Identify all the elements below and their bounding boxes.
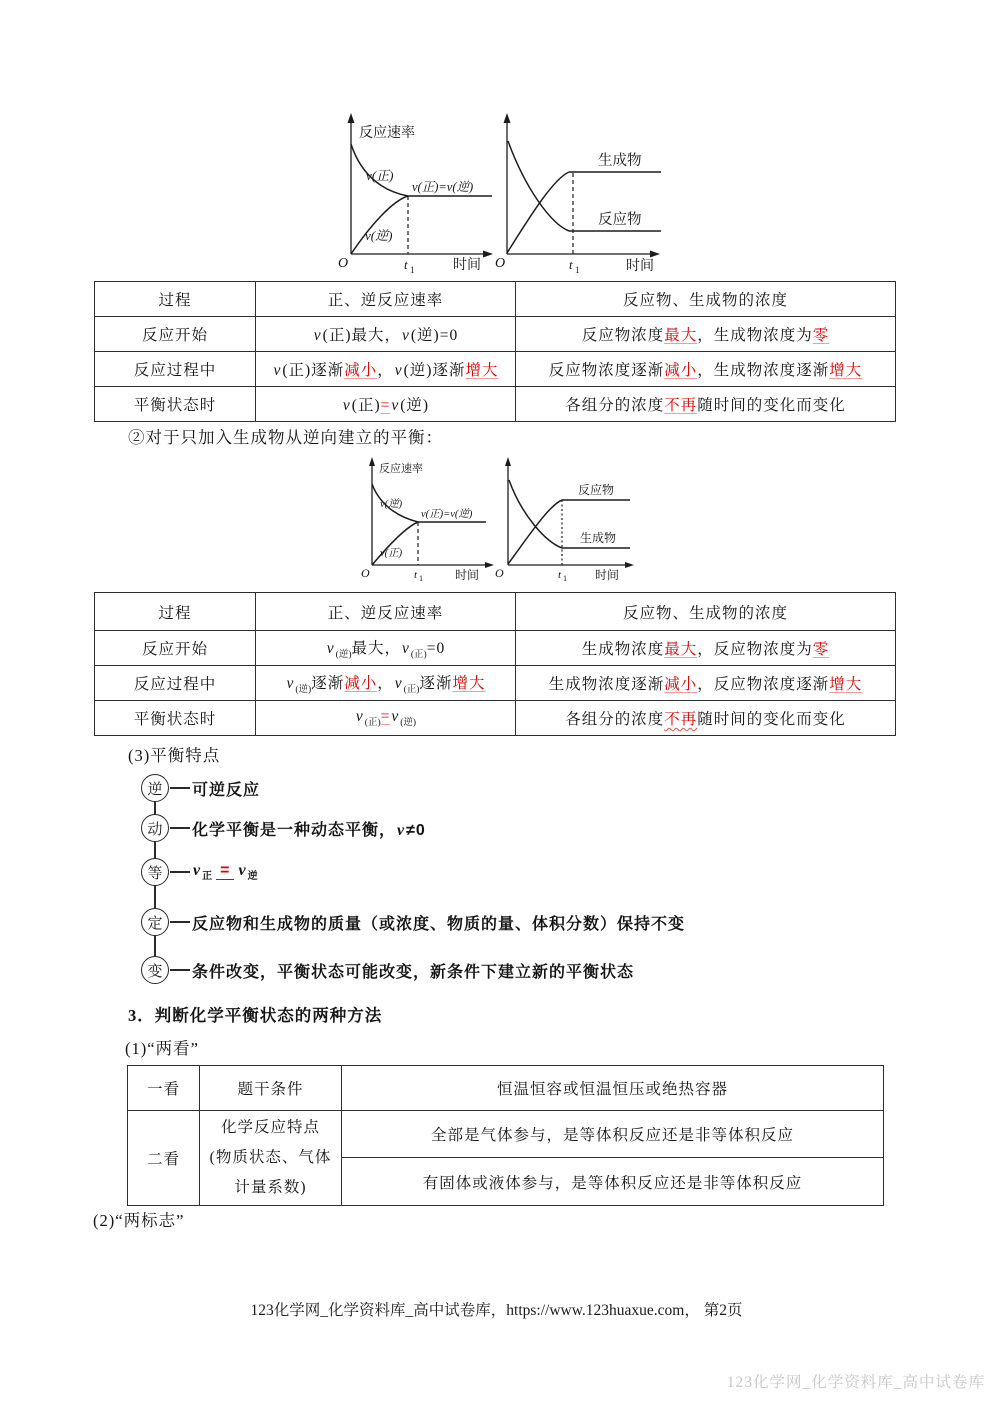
reactant-label: 反应物 — [598, 210, 642, 228]
dash-connector — [170, 969, 190, 971]
col-header: 正、逆反应速率 — [256, 282, 516, 317]
table-row: 平衡状态时 v(正)=v(逆) 各组分的浓度不再随时间的变化而变化 — [95, 387, 896, 422]
feature-text: 条件改变，平衡状态可能改变，新条件下建立新的平衡状态 — [192, 959, 634, 982]
col-header: 反应物、生成物的浓度 — [516, 282, 896, 317]
t1-subscript: 1 — [563, 574, 567, 583]
col-header: 过程 — [95, 282, 256, 317]
table-row: 反应过程中 v(正)逐渐减小，v(逆)逐渐增大 反应物浓度逐渐减小，生成物浓度逐… — [95, 352, 896, 387]
y-axis-label: 反应速率 — [359, 124, 415, 141]
table-row: 反应开始 v(逆)最大，v(正)=0 生成物浓度最大，反应物浓度为零 — [95, 631, 896, 666]
dash-connector — [170, 871, 190, 873]
x-axis-label: 时间 — [595, 567, 619, 582]
concentration-time-graph-2: 反应物 生成物 O t 1 时间 — [492, 454, 647, 596]
t1-label: t — [404, 257, 408, 272]
table-two-looks: 一看 题干条件 恒温恒容或恒温恒压或绝热容器 二看 化学反应特点 (物质状态、气… — [127, 1065, 884, 1206]
table-header-row: 过程 正、逆反应速率 反应物、生成物的浓度 — [95, 593, 896, 631]
x-axis-label: 时间 — [455, 567, 479, 582]
origin-label: O — [338, 256, 348, 271]
dash-connector — [170, 921, 190, 923]
table-header-row: 过程 正、逆反应速率 反应物、生成物的浓度 — [95, 282, 896, 317]
equal-rate-label: v(正)=v(逆) — [412, 180, 473, 194]
reaction-feature-line: (物质状态、气体 — [202, 1143, 339, 1173]
product-label: 生成物 — [598, 151, 642, 169]
product-label: 生成物 — [580, 530, 616, 545]
feature-constant: 定 反应物和生成物的质量（或浓度、物质的量、体积分数）保持不变 — [141, 908, 685, 936]
rate-time-graph-2: 反应速率 v(逆) v(正) v(正)=v(逆) O t 1 时间 — [358, 454, 508, 596]
watermark: 123化学网_化学资料库_高中试卷库 — [727, 1370, 985, 1392]
table-row: 反应开始 v(正)最大，v(逆)=0 反应物浓度最大，生成物浓度为零 — [95, 317, 896, 352]
feature-text: 可逆反应 — [192, 777, 260, 800]
page-footer: 123化学网_化学资料库_高中试卷库，https://www.123huaxue… — [0, 1298, 993, 1320]
feature-badge: 等 — [141, 858, 169, 886]
feature-text: 化学平衡是一种动态平衡，v≠0 — [192, 817, 426, 840]
rising-curve-label: v(正) — [380, 547, 403, 559]
product-curve — [509, 480, 562, 548]
col-header: 正、逆反应速率 — [256, 593, 516, 631]
table-row: 反应过程中 v(逆)逐渐减小，v(正)逐渐增大 生成物浓度逐渐减小，反应物浓度逐… — [95, 666, 896, 701]
feature-equation: v正=v逆 — [192, 862, 259, 882]
origin-label: O — [495, 256, 505, 271]
reaction-feature-line: 化学反应特点 — [202, 1113, 339, 1143]
v-reverse-curve — [351, 196, 408, 254]
dash-connector — [170, 827, 190, 829]
x-axis-arrow — [483, 251, 493, 258]
table-reverse-equilibrium: 过程 正、逆反应速率 反应物、生成物的浓度 反应开始 v(逆)最大，v(正)=0… — [94, 592, 896, 736]
falling-curve-label: v(正) — [366, 168, 393, 183]
t1-subscript: 1 — [410, 265, 415, 275]
feature-badge: 变 — [141, 956, 169, 984]
col-header: 反应物、生成物的浓度 — [516, 593, 896, 631]
reactant-curve — [508, 141, 569, 231]
feature-badge: 逆 — [141, 774, 169, 802]
reaction-feature-line: 计量系数) — [202, 1173, 339, 1203]
rising-curve-label: v(逆) — [365, 228, 392, 243]
equal-rate-label: v(正)=v(逆) — [421, 508, 473, 520]
t1-label: t — [414, 569, 418, 581]
t1-label: t — [569, 257, 573, 272]
origin-label: O — [361, 566, 370, 580]
table-row: 一看 题干条件 恒温恒容或恒温恒压或绝热容器 — [128, 1066, 884, 1111]
note-reverse-equilibrium: ②对于只加入生成物从逆向建立的平衡： — [128, 424, 443, 448]
feature-reversible: 逆 可逆反应 — [141, 774, 260, 802]
table-row: 二看 化学反应特点 (物质状态、气体 计量系数) 全部是气体参与，是等体积反应还… — [128, 1111, 884, 1158]
reactant-label: 反应物 — [578, 482, 614, 497]
feature-badge: 定 — [141, 908, 169, 936]
t1-subscript: 1 — [419, 574, 423, 583]
product-curve — [507, 172, 569, 253]
concentration-time-graph-1: 生成物 反应物 O t 1 时间 — [495, 108, 675, 278]
y-axis-label: 反应速率 — [379, 461, 423, 475]
x-axis-label: 时间 — [626, 258, 654, 274]
feature-text: 反应物和生成物的质量（或浓度、物质的量、体积分数）保持不变 — [192, 911, 685, 934]
t1-subscript: 1 — [575, 265, 580, 275]
subsection-two-marks: (2)“两标志” — [93, 1207, 184, 1231]
table-forward-equilibrium: 过程 正、逆反应速率 反应物、生成物的浓度 反应开始 v(正)最大，v(逆)=0… — [94, 281, 896, 422]
rate-time-graph-1: 反应速率 v(正) v(逆) v(正)=v(逆) O t 1 时间 — [338, 108, 513, 278]
reactant-curve — [508, 500, 562, 564]
falling-curve-label: v(逆) — [380, 498, 403, 510]
x-axis-label: 时间 — [453, 257, 481, 273]
origin-label: O — [495, 566, 504, 580]
section-3-heading: 3．判断化学平衡状态的两种方法 — [128, 1002, 382, 1026]
table-row: 平衡状态时 v(正)=v(逆) 各组分的浓度不再随时间的变化而变化 — [95, 701, 896, 736]
feature-badge: 动 — [141, 814, 169, 842]
feature-change: 变 条件改变，平衡状态可能改变，新条件下建立新的平衡状态 — [141, 956, 634, 984]
features-heading: (3)平衡特点 — [128, 742, 220, 766]
feature-dynamic: 动 化学平衡是一种动态平衡，v≠0 — [141, 814, 426, 842]
document-page: 反应速率 v(正) v(逆) v(正)=v(逆) O t 1 时间 生成物 反应… — [0, 0, 993, 1404]
y-axis-arrow — [348, 113, 355, 123]
t1-label: t — [558, 569, 562, 581]
feature-equal: 等 v正=v逆 — [141, 858, 259, 886]
col-header: 过程 — [95, 593, 256, 631]
dash-connector — [170, 787, 190, 789]
subsection-two-looks: (1)“两看” — [125, 1035, 199, 1059]
